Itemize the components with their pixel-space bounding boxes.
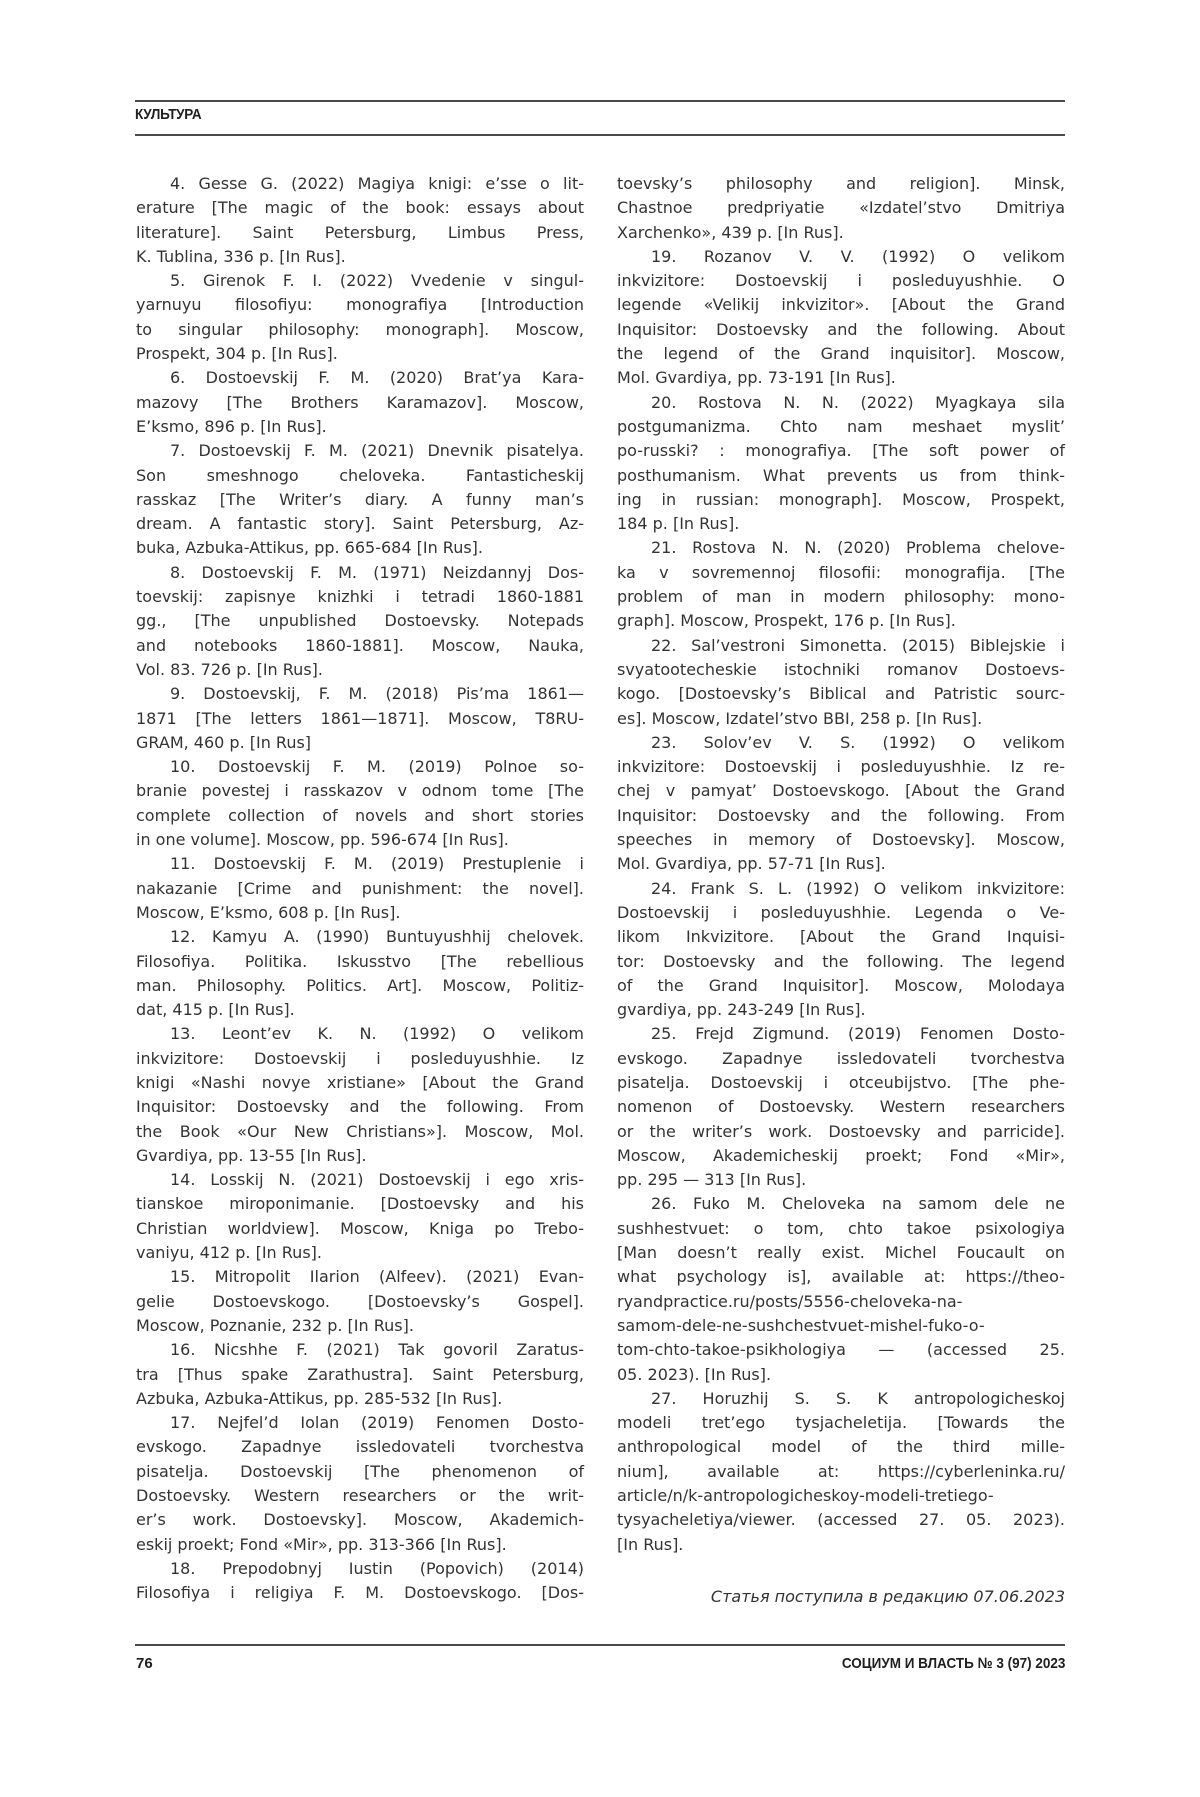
reference-line: graph]. Moscow, Prospekt, 176 p. [In Rus… — [617, 609, 1065, 633]
reference-line: po-russki? : monografiya. [The soft powe… — [617, 439, 1065, 463]
reference-line: toevskij: zapisnye knizhki i tetradi 186… — [136, 585, 584, 609]
reference-line: nomenon of Dostoevsky. Western researche… — [617, 1095, 1065, 1119]
reference-line: erature [The magic of the book: essays a… — [136, 196, 584, 220]
reference-line: mazovy [The Brothers Karamazov]. Moscow, — [136, 391, 584, 415]
reference-line: er’s work. Dostoevsky]. Moscow, Akademic… — [136, 1508, 584, 1532]
reference-entry-start: 16. Nicshhe F. (2021) Tak govoril Zaratu… — [136, 1338, 584, 1362]
reference-entry-start: 11. Dostoevskij F. M. (2019) Prestupleni… — [136, 852, 584, 876]
reference-line: speeches in memory of Dostoevsky]. Mosco… — [617, 828, 1065, 852]
reference-line: Filosofiya i religiya F. M. Dostoevskogo… — [136, 1581, 584, 1605]
reference-entry-start: 22. Sal’vestroni Simonetta. (2015) Bible… — [617, 634, 1065, 658]
journal-title: СОЦИУМ И ВЛАСТЬ № 3 (97) 2023 — [841, 1655, 1065, 1672]
reference-line: likom Inkvizitore. [About the Grand Inqu… — [617, 925, 1065, 949]
reference-line: [In Rus]. — [617, 1533, 1065, 1557]
footer-rule — [135, 1644, 1065, 1646]
reference-entry-start: 6. Dostoevskij F. M. (2020) Brat’ya Kara… — [136, 366, 584, 390]
reference-line: gg., [The unpublished Dostoevsky. Notepa… — [136, 609, 584, 633]
page-number: 76 — [136, 1655, 153, 1672]
reference-line: Chastnoe predpriyatie «Izdatel’stvo Dmit… — [617, 196, 1065, 220]
reference-line: the Book «Our New Christians»]. Moscow, … — [136, 1120, 584, 1144]
reference-line: sushhestvuet: o tom, chto takoe psixolog… — [617, 1217, 1065, 1241]
reference-line: ing in russian: monograph]. Moscow, Pros… — [617, 488, 1065, 512]
reference-line: branie povestej i rasskazov v odnom tome… — [136, 779, 584, 803]
reference-line: kogo. [Dostoevsky’s Biblical and Patrist… — [617, 682, 1065, 706]
reference-line: K. Tublina, 336 p. [In Rus]. — [136, 245, 584, 269]
reference-line: Inquisitor: Dostoevsky and the following… — [136, 1095, 584, 1119]
reference-line: es]. Moscow, Izdatel’stvo BBI, 258 p. [I… — [617, 707, 1065, 731]
reference-line: gvardiya, pp. 243-249 [In Rus]. — [617, 998, 1065, 1022]
reference-line: dat, 415 p. [In Rus]. — [136, 998, 584, 1022]
reference-line: Christian worldview]. Moscow, Kniga po T… — [136, 1217, 584, 1241]
reference-line: nakazanie [Crime and punishment: the nov… — [136, 877, 584, 901]
reference-line: inkvizitore: Dostoevskij i posleduyushhi… — [617, 755, 1065, 779]
reference-line: the legend of the Grand inquisitor]. Mos… — [617, 342, 1065, 366]
reference-entry-start: 10. Dostoevskij F. M. (2019) Polnoe so- — [136, 755, 584, 779]
reference-line: Xarchenko», 439 p. [In Rus]. — [617, 221, 1065, 245]
reference-entry-start: 21. Rostova N. N. (2020) Problema chelov… — [617, 536, 1065, 560]
reference-entry-start: 4. Gesse G. (2022) Magiya knigi: e’sse o… — [136, 172, 584, 196]
reference-line: evskogo. Zapadnye issledovateli tvorches… — [136, 1435, 584, 1459]
reference-line: ryandpractice.ru/posts/5556-cheloveka-na… — [617, 1290, 1065, 1314]
reference-line: what psychology is], available at: https… — [617, 1265, 1065, 1289]
reference-entry-start: 17. Nejfel’d Iolan (2019) Fenomen Dosto- — [136, 1411, 584, 1435]
reference-line: 1871 [The letters 1861—1871]. Moscow, T8… — [136, 707, 584, 731]
reference-line: or the writer’s work. Dostoevsky and par… — [617, 1120, 1065, 1144]
reference-line: tom-chto-takoe-psikhologiya — (accessed … — [617, 1338, 1065, 1362]
reference-entry-start: 24. Frank S. L. (1992) O velikom inkvizi… — [617, 877, 1065, 901]
reference-line: tysyacheletiya/viewer. (accessed 27. 05.… — [617, 1508, 1065, 1532]
reference-line: 184 p. [In Rus]. — [617, 512, 1065, 536]
reference-entry-start: 19. Rozanov V. V. (1992) O velikom — [617, 245, 1065, 269]
reference-entry-start: 13. Leont’ev K. N. (1992) O velikom — [136, 1022, 584, 1046]
reference-line: Dostoevsky. Western researchers or the w… — [136, 1484, 584, 1508]
reference-line: Vol. 83. 726 p. [In Rus]. — [136, 658, 584, 682]
reference-line: complete collection of novels and short … — [136, 804, 584, 828]
reference-line: inkvizitore: Dostoevskij i posleduyushhi… — [136, 1047, 584, 1071]
reference-line: in one volume]. Moscow, pp. 596-674 [In … — [136, 828, 584, 852]
references-right-column: toevsky’s philosophy and religion]. Mins… — [617, 172, 1065, 1557]
reference-entry-start: 25. Frejd Zigmund. (2019) Fenomen Dosto- — [617, 1022, 1065, 1046]
reference-entry-start: 9. Dostoevskij, F. M. (2018) Pis’ma 1861… — [136, 682, 584, 706]
reference-line: Inquisitor: Dostoevsky and the following… — [617, 804, 1065, 828]
reference-line: chej v pamyat’ Dostoevskogo. [About the … — [617, 779, 1065, 803]
running-head-section: КУЛЬТУРА — [135, 106, 201, 123]
reference-line: samom-dele-ne-sushchestvuet-mishel-fuko-… — [617, 1314, 1065, 1338]
reference-entry-start: 27. Horuzhij S. S. K antropologicheskoj — [617, 1387, 1065, 1411]
reference-line: eskij proekt; Fond «Mir», pp. 313-366 [I… — [136, 1533, 584, 1557]
reference-line: inkvizitore: Dostoevskij i posleduyushhi… — [617, 269, 1065, 293]
reference-line: knigi «Nashi novye xristiane» [About the… — [136, 1071, 584, 1095]
reference-entry-start: 5. Girenok F. I. (2022) Vvedenie v singu… — [136, 269, 584, 293]
header-bottom-rule — [135, 134, 1065, 136]
reference-line: Inquisitor: Dostoevsky and the following… — [617, 318, 1065, 342]
reference-line: gelie Dostoevskogo. [Dostoevsky’s Gospel… — [136, 1290, 584, 1314]
references-left-column: 4. Gesse G. (2022) Magiya knigi: e’sse o… — [136, 172, 584, 1606]
reference-entry-start: 15. Mitropolit Ilarion (Alfeev). (2021) … — [136, 1265, 584, 1289]
reference-line: rasskaz [The Writer’s diary. A funny man… — [136, 488, 584, 512]
reference-line: nium], available at: https://cyberlenink… — [617, 1460, 1065, 1484]
reference-entry-start: 26. Fuko M. Cheloveka na samom dele ne — [617, 1192, 1065, 1216]
reference-line: modeli tret’ego tysjacheletija. [Towards… — [617, 1411, 1065, 1435]
reference-entry-start: 7. Dostoevskij F. M. (2021) Dnevnik pisa… — [136, 439, 584, 463]
reference-line: pisatelja. Dostoevskij [The phenomenon o… — [136, 1460, 584, 1484]
reference-line: pisatelja. Dostoevskij i otceubijstvo. [… — [617, 1071, 1065, 1095]
reference-line: posthumanism. What prevents us from thin… — [617, 464, 1065, 488]
reference-line: pp. 295 — 313 [In Rus]. — [617, 1168, 1065, 1192]
reference-entry-start: 8. Dostoevskij F. M. (1971) Neizdannyj D… — [136, 561, 584, 585]
reference-line: to singular philosophy: monograph]. Mosc… — [136, 318, 584, 342]
reference-line: buka, Azbuka-Attikus, pp. 665-684 [In Ru… — [136, 536, 584, 560]
reference-line: problem of man in modern philosophy: mon… — [617, 585, 1065, 609]
reference-line: Prospekt, 304 p. [In Rus]. — [136, 342, 584, 366]
reference-line: man. Philosophy. Politics. Art]. Moscow,… — [136, 974, 584, 998]
reference-entry-start: 23. Solov’ev V. S. (1992) O velikom — [617, 731, 1065, 755]
reference-line: dream. A fantastic story]. Saint Petersb… — [136, 512, 584, 536]
header-top-rule — [135, 100, 1065, 102]
reference-entry-start: 12. Kamyu A. (1990) Buntuyushhij chelove… — [136, 925, 584, 949]
reference-entry-start: 20. Rostova N. N. (2022) Myagkaya sila — [617, 391, 1065, 415]
reference-line: Moscow, E’ksmo, 608 p. [In Rus]. — [136, 901, 584, 925]
reference-line: and notebooks 1860-1881]. Moscow, Nauka, — [136, 634, 584, 658]
reference-line: Filosofiya. Politika. Iskusstvo [The reb… — [136, 950, 584, 974]
reference-line: ka v sovremennoj filosofii: monografija.… — [617, 561, 1065, 585]
reference-line: tra [Thus spake Zarathustra]. Saint Pete… — [136, 1363, 584, 1387]
reference-line: postgumanizma. Chto nam meshaet myslit’ — [617, 415, 1065, 439]
reference-line: Azbuka, Azbuka-Attikus, pp. 285-532 [In … — [136, 1387, 584, 1411]
reference-line: E’ksmo, 896 p. [In Rus]. — [136, 415, 584, 439]
reference-line: tianskoe miroponimanie. [Dostoevsky and … — [136, 1192, 584, 1216]
reference-line: evskogo. Zapadnye issledovateli tvorches… — [617, 1047, 1065, 1071]
reference-line: [Man doesn’t really exist. Michel Foucau… — [617, 1241, 1065, 1265]
reference-line: Moscow, Poznanie, 232 p. [In Rus]. — [136, 1314, 584, 1338]
reference-line: literature]. Saint Petersburg, Limbus Pr… — [136, 221, 584, 245]
reference-line: Mol. Gvardiya, pp. 57-71 [In Rus]. — [617, 852, 1065, 876]
reference-line: legende «Velikij inkvizitor». [About the… — [617, 293, 1065, 317]
reference-line: Son smeshnogo cheloveka. Fantasticheskij — [136, 464, 584, 488]
reference-line: of the Grand Inquisitor]. Moscow, Moloda… — [617, 974, 1065, 998]
received-date-note: Статья поступила в редакцию 07.06.2023 — [617, 1587, 1065, 1606]
reference-line: yarnuyu filosofiyu: monografiya [Introdu… — [136, 293, 584, 317]
reference-line: toevsky’s philosophy and religion]. Mins… — [617, 172, 1065, 196]
reference-line: Moscow, Akademicheskij proekt; Fond «Mir… — [617, 1144, 1065, 1168]
reference-line: GRAM, 460 p. [In Rus] — [136, 731, 584, 755]
reference-line: Mol. Gvardiya, pp. 73-191 [In Rus]. — [617, 366, 1065, 390]
reference-line: vaniyu, 412 p. [In Rus]. — [136, 1241, 584, 1265]
reference-line: anthropological model of the third mille… — [617, 1435, 1065, 1459]
reference-line: article/n/k-antropologicheskoy-modeli-tr… — [617, 1484, 1065, 1508]
reference-line: 05. 2023). [In Rus]. — [617, 1363, 1065, 1387]
reference-entry-start: 18. Prepodobnyj Iustin (Popovich) (2014) — [136, 1557, 584, 1581]
reference-line: Dostoevskij i posleduyushhie. Legenda o … — [617, 901, 1065, 925]
reference-line: Gvardiya, pp. 13-55 [In Rus]. — [136, 1144, 584, 1168]
reference-entry-start: 14. Losskij N. (2021) Dostoevskij i ego … — [136, 1168, 584, 1192]
reference-line: tor: Dostoevsky and the following. The l… — [617, 950, 1065, 974]
reference-line: svyatootecheskie istochniki romanov Dost… — [617, 658, 1065, 682]
